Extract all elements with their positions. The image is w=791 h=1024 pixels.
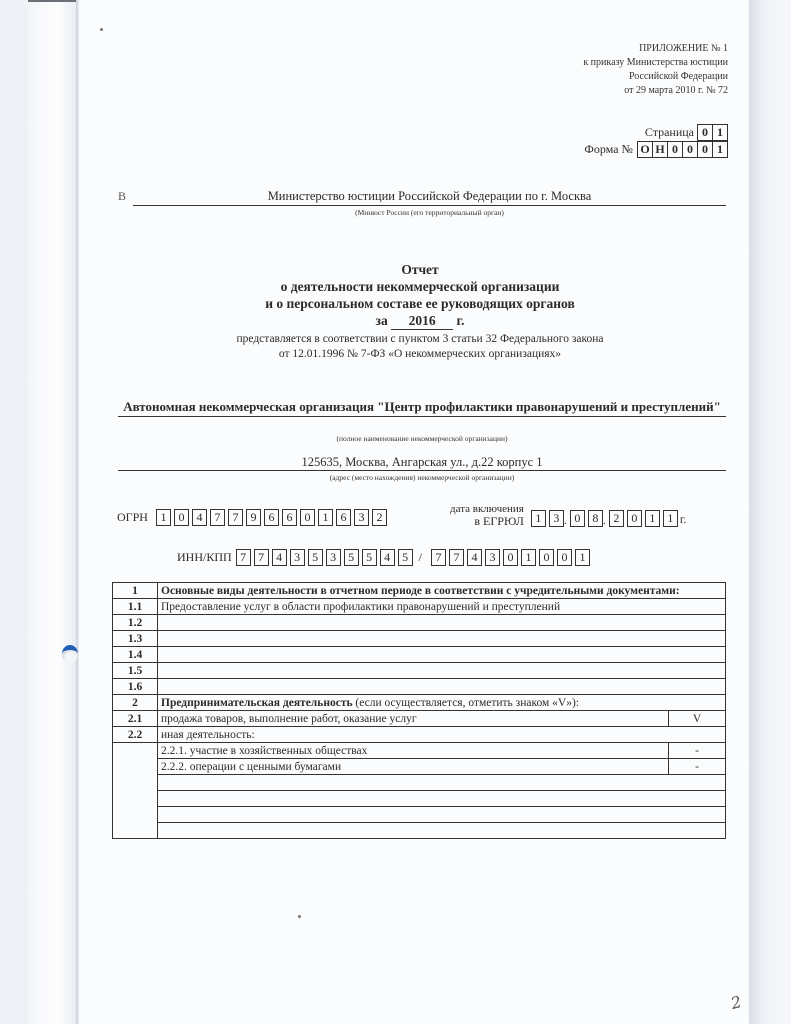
egrul-year-cell: 1 xyxy=(645,510,660,527)
row-number: 2.1 xyxy=(113,711,158,727)
inn-cell: 5 xyxy=(362,549,377,566)
egrul-year-cell: 2 xyxy=(609,510,624,527)
inn-kpp-separator: / xyxy=(419,550,422,565)
punch-hole-icon xyxy=(62,645,78,663)
section-title-rest: (если осуществляется, отметить знаком «V… xyxy=(353,697,579,709)
inn-cell: 4 xyxy=(272,549,287,566)
appendix-block: ПРИЛОЖЕНИЕ № 1 к приказу Министерства юс… xyxy=(583,42,728,98)
activity-mark: V xyxy=(669,711,726,727)
kpp-cell: 3 xyxy=(485,549,500,566)
form-cell: О xyxy=(637,141,653,158)
inn-cell: 7 xyxy=(254,549,269,566)
activity-text xyxy=(158,663,726,679)
kpp-cell: 1 xyxy=(521,549,536,566)
table-row xyxy=(113,775,726,791)
date-dot: . xyxy=(564,515,567,527)
inn-cell: 3 xyxy=(290,549,305,566)
table-row xyxy=(113,807,726,823)
form-cell: 0 xyxy=(667,141,683,158)
blank-cell xyxy=(158,775,726,791)
kpp-cell: 0 xyxy=(557,549,572,566)
ogrn-cell: 0 xyxy=(300,509,315,526)
ogrn-cell: 3 xyxy=(354,509,369,526)
form-cell: 1 xyxy=(712,141,728,158)
form-cell: Н xyxy=(652,141,668,158)
table-row: 2.2.1. участие в хозяйственных обществах… xyxy=(113,743,726,759)
scan-speck xyxy=(298,915,301,918)
table-row: 1.2 xyxy=(113,615,726,631)
egrul-year-cell: 0 xyxy=(627,510,642,527)
form-cell: 0 xyxy=(697,141,713,158)
section-title: Основные виды деятельности в отчетном пе… xyxy=(158,583,726,599)
inn-kpp-label: ИНН/КПП xyxy=(177,550,232,565)
egrul-month-cell: 0 xyxy=(570,510,585,527)
form-cell: 0 xyxy=(682,141,698,158)
activity-text xyxy=(158,647,726,663)
ogrn-cell: 2 xyxy=(372,509,387,526)
inn-kpp-field: ИНН/КПП 7 7 4 3 5 3 5 5 4 5 / 7 7 4 3 0 … xyxy=(177,549,590,566)
report-year-line: за 2016 г. xyxy=(150,312,690,330)
row-number: 1.2 xyxy=(113,615,158,631)
egrul-label-line: в ЕГРЮЛ xyxy=(450,515,524,527)
activity-text: Предоставление услуг в области профилакт… xyxy=(158,599,726,615)
organization-name: Автономная некоммерческая организация "Ц… xyxy=(118,398,726,417)
activity-text: 2.2.2. операции с ценными бумагами xyxy=(158,759,669,775)
row-number-empty xyxy=(113,743,158,839)
ogrn-field: ОГРН 1 0 4 7 7 9 6 6 0 1 6 3 2 xyxy=(117,509,387,526)
activity-mark: - xyxy=(669,743,726,759)
activity-text xyxy=(158,679,726,695)
activity-text: иная деятельность: xyxy=(158,727,726,743)
report-title: Отчет о деятельности некоммерческой орга… xyxy=(150,261,690,362)
scan-speck xyxy=(100,28,103,31)
table-row xyxy=(113,791,726,807)
activity-text xyxy=(158,615,726,631)
appendix-line: Российской Федерации xyxy=(583,70,728,84)
activity-text xyxy=(158,631,726,647)
appendix-line: ПРИЛОЖЕНИЕ № 1 xyxy=(583,42,728,56)
blank-cell xyxy=(158,823,726,839)
egrul-suffix: г. xyxy=(680,512,687,527)
appendix-line: от 29 марта 2010 г. № 72 xyxy=(583,84,728,98)
inn-cell: 3 xyxy=(326,549,341,566)
table-row: 1 Основные виды деятельности в отчетном … xyxy=(113,583,726,599)
section-title-bold: Предпринимательская деятельность xyxy=(161,697,353,709)
ogrn-cell: 7 xyxy=(228,509,243,526)
ogrn-label: ОГРН xyxy=(117,510,148,525)
egrul-date-field: дата включения в ЕГРЮЛ 1 3 . 0 8 . 2 0 1… xyxy=(450,503,686,527)
title-line: о деятельности некоммерческой организаци… xyxy=(150,278,690,295)
egrul-month-cell: 8 xyxy=(588,510,603,527)
kpp-cell: 1 xyxy=(575,549,590,566)
table-row: 1.6 xyxy=(113,679,726,695)
blank-cell xyxy=(158,807,726,823)
egrul-year-cell: 1 xyxy=(663,510,678,527)
table-row: 2 Предпринимательская деятельность (если… xyxy=(113,695,726,711)
legal-basis-line: представляется в соответствии с пунктом … xyxy=(150,332,690,347)
page-right-edge xyxy=(749,0,791,1024)
row-number: 1.6 xyxy=(113,679,158,695)
kpp-cell: 4 xyxy=(467,549,482,566)
report-year: 2016 xyxy=(391,312,453,330)
recipient-caption: (Минюст России (его территориальный орга… xyxy=(133,208,726,217)
organization-name-caption: (полное наименование некоммерческой орга… xyxy=(118,434,726,443)
egrul-label: дата включения в ЕГРЮЛ xyxy=(450,503,524,527)
ogrn-cell: 1 xyxy=(156,509,171,526)
binding-strip xyxy=(28,0,78,1024)
activity-text: 2.2.1. участие в хозяйственных обществах xyxy=(158,743,669,759)
table-row xyxy=(113,823,726,839)
page-cell: 0 xyxy=(697,124,713,141)
egrul-day-cell: 3 xyxy=(549,510,564,527)
page-number-field: Страница 0 1 xyxy=(645,124,728,141)
inn-cell: 5 xyxy=(398,549,413,566)
ogrn-cell: 6 xyxy=(282,509,297,526)
year-suffix: г. xyxy=(456,313,464,328)
kpp-cell: 0 xyxy=(539,549,554,566)
table-row: 2.1 продажа товаров, выполнение работ, о… xyxy=(113,711,726,727)
table-row: 2.2.2. операции с ценными бумагами - xyxy=(113,759,726,775)
row-number: 2 xyxy=(113,695,158,711)
inn-cell: 7 xyxy=(236,549,251,566)
title-line: и о персональном составе ее руководящих … xyxy=(150,295,690,312)
ogrn-cell: 7 xyxy=(210,509,225,526)
row-number: 1.4 xyxy=(113,647,158,663)
year-prefix: за xyxy=(376,313,388,328)
recipient-value: Министерство юстиции Российской Федераци… xyxy=(133,189,726,206)
title-line: Отчет xyxy=(150,261,690,278)
legal-basis-line: от 12.01.1996 № 7-ФЗ «О некоммерческих о… xyxy=(150,347,690,362)
appendix-line: к приказу Министерства юстиции xyxy=(583,56,728,70)
ogrn-cell: 6 xyxy=(336,509,351,526)
ogrn-cell: 4 xyxy=(192,509,207,526)
table-row: 1.5 xyxy=(113,663,726,679)
form-cells: О Н 0 0 0 1 xyxy=(638,141,728,158)
blank-cell xyxy=(158,791,726,807)
date-dot: . xyxy=(603,515,606,527)
ogrn-cell: 6 xyxy=(264,509,279,526)
inn-cell: 5 xyxy=(308,549,323,566)
table-row: 2.2 иная деятельность: xyxy=(113,727,726,743)
table-row: 1.1 Предоставление услуг в области профи… xyxy=(113,599,726,615)
organization-address: 125635, Москва, Ангарская ул., д.22 корп… xyxy=(118,454,726,471)
egrul-day-cell: 1 xyxy=(531,510,546,527)
form-number-field: Форма № О Н 0 0 0 1 xyxy=(584,141,728,158)
page-cell: 1 xyxy=(712,124,728,141)
section-title: Предпринимательская деятельность (если о… xyxy=(158,695,726,711)
row-number: 1 xyxy=(113,583,158,599)
recipient-prefix: В xyxy=(118,189,126,204)
activity-text: продажа товаров, выполнение работ, оказа… xyxy=(158,711,669,727)
activities-table: 1 Основные виды деятельности в отчетном … xyxy=(112,582,726,839)
form-label: Форма № xyxy=(584,142,633,157)
ogrn-cell: 0 xyxy=(174,509,189,526)
inn-cell: 5 xyxy=(344,549,359,566)
row-number: 1.1 xyxy=(113,599,158,615)
page-cells: 0 1 xyxy=(698,124,728,141)
kpp-cell: 7 xyxy=(431,549,446,566)
table-row: 1.3 xyxy=(113,631,726,647)
activity-mark: - xyxy=(669,759,726,775)
row-number: 1.3 xyxy=(113,631,158,647)
kpp-cell: 7 xyxy=(449,549,464,566)
inn-cell: 4 xyxy=(380,549,395,566)
table-row: 1.4 xyxy=(113,647,726,663)
ogrn-cell: 9 xyxy=(246,509,261,526)
page-label: Страница xyxy=(645,125,694,140)
row-number: 2.2 xyxy=(113,727,158,743)
kpp-cell: 0 xyxy=(503,549,518,566)
organization-address-caption: (адрес (место нахождения) некоммерческой… xyxy=(118,473,726,482)
row-number: 1.5 xyxy=(113,663,158,679)
ogrn-cell: 1 xyxy=(318,509,333,526)
